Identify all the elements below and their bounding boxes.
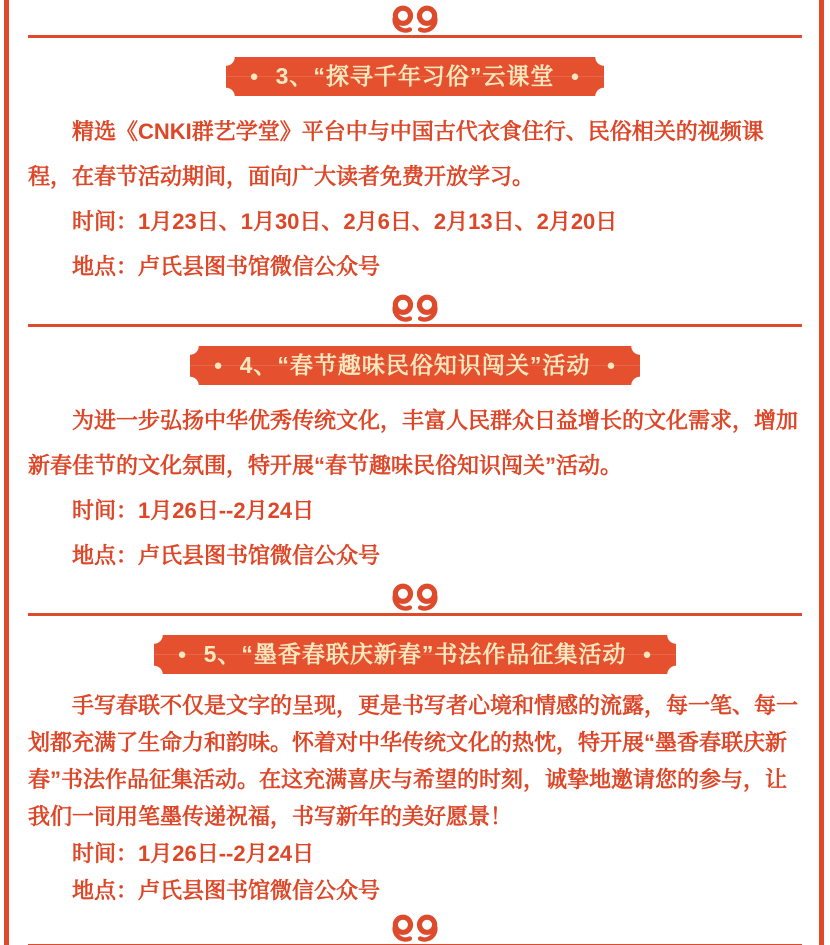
- dot-icon: ●: [178, 646, 188, 663]
- article-content: ●3、“探寻千年习俗”云课堂● 精选《CNKI群艺学堂》平台中与中国古代衣食住行…: [28, 4, 802, 945]
- section-3-title: 3、“探寻千年习俗”云课堂: [276, 63, 555, 89]
- section-4-intro: 为进一步弘扬中华优秀传统文化，丰富人民群众日益增长的文化需求，增加新春佳节的文化…: [28, 398, 802, 488]
- dot-icon: ●: [250, 68, 260, 85]
- dot-icon: ●: [642, 646, 652, 663]
- section-3-banner: ●3、“探寻千年习俗”云课堂●: [226, 57, 605, 96]
- section-4-body: 为进一步弘扬中华优秀传统文化，丰富人民群众日益增长的文化需求，增加新春佳节的文化…: [28, 398, 802, 578]
- dot-icon: ●: [214, 357, 224, 374]
- section-divider: [28, 913, 802, 945]
- double-swirl-icon: [389, 914, 441, 945]
- double-swirl-icon: [389, 583, 441, 614]
- section-5-body: 手写春联不仅是文字的呈现，更是书写者心境和情感的流露，每一笔、每一划都充满了生命…: [28, 687, 802, 909]
- dot-icon: ●: [606, 357, 616, 374]
- section-3-banner-row: ●3、“探寻千年习俗”云课堂●: [28, 57, 802, 96]
- dot-icon: ●: [570, 68, 580, 85]
- section-3-time: 时间：1月23日、1月30日、2月6日、2月13日、2月20日: [28, 199, 802, 244]
- section-4-time: 时间：1月26日--2月24日: [28, 488, 802, 533]
- section-5-banner-row: ●5、“墨香春联庆新春”书法作品征集活动●: [28, 635, 802, 674]
- section-3-location: 地点：卢氏县图书馆微信公众号: [28, 244, 802, 289]
- section-5-intro: 手写春联不仅是文字的呈现，更是书写者心境和情感的流露，每一笔、每一划都充满了生命…: [28, 687, 802, 835]
- double-swirl-icon: [389, 294, 441, 325]
- section-divider: [28, 4, 802, 38]
- section-5-time: 时间：1月26日--2月24日: [28, 835, 802, 872]
- left-frame-rule: [4, 0, 9, 945]
- divider-line: [28, 324, 802, 327]
- section-4-title: 4、“春节趣味民俗知识闯关”活动: [240, 352, 591, 378]
- section-4-location: 地点：卢氏县图书馆微信公众号: [28, 533, 802, 578]
- section-5-location: 地点：卢氏县图书馆微信公众号: [28, 872, 802, 909]
- section-divider: [28, 582, 802, 616]
- section-4-banner-row: ●4、“春节趣味民俗知识闯关”活动●: [28, 346, 802, 385]
- double-swirl-icon: [389, 5, 441, 36]
- section-5-title: 5、“墨香春联庆新春”书法作品征集活动: [204, 641, 627, 667]
- section-5-banner: ●5、“墨香春联庆新春”书法作品征集活动●: [154, 635, 677, 674]
- section-divider: [28, 293, 802, 327]
- divider-line: [28, 613, 802, 616]
- right-frame-rule: [819, 0, 824, 945]
- section-3-intro: 精选《CNKI群艺学堂》平台中与中国古代衣食住行、民俗相关的视频课程，在春节活动…: [28, 109, 802, 199]
- section-3-body: 精选《CNKI群艺学堂》平台中与中国古代衣食住行、民俗相关的视频课程，在春节活动…: [28, 109, 802, 289]
- divider-line: [28, 35, 802, 38]
- section-4-banner: ●4、“春节趣味民俗知识闯关”活动●: [190, 346, 641, 385]
